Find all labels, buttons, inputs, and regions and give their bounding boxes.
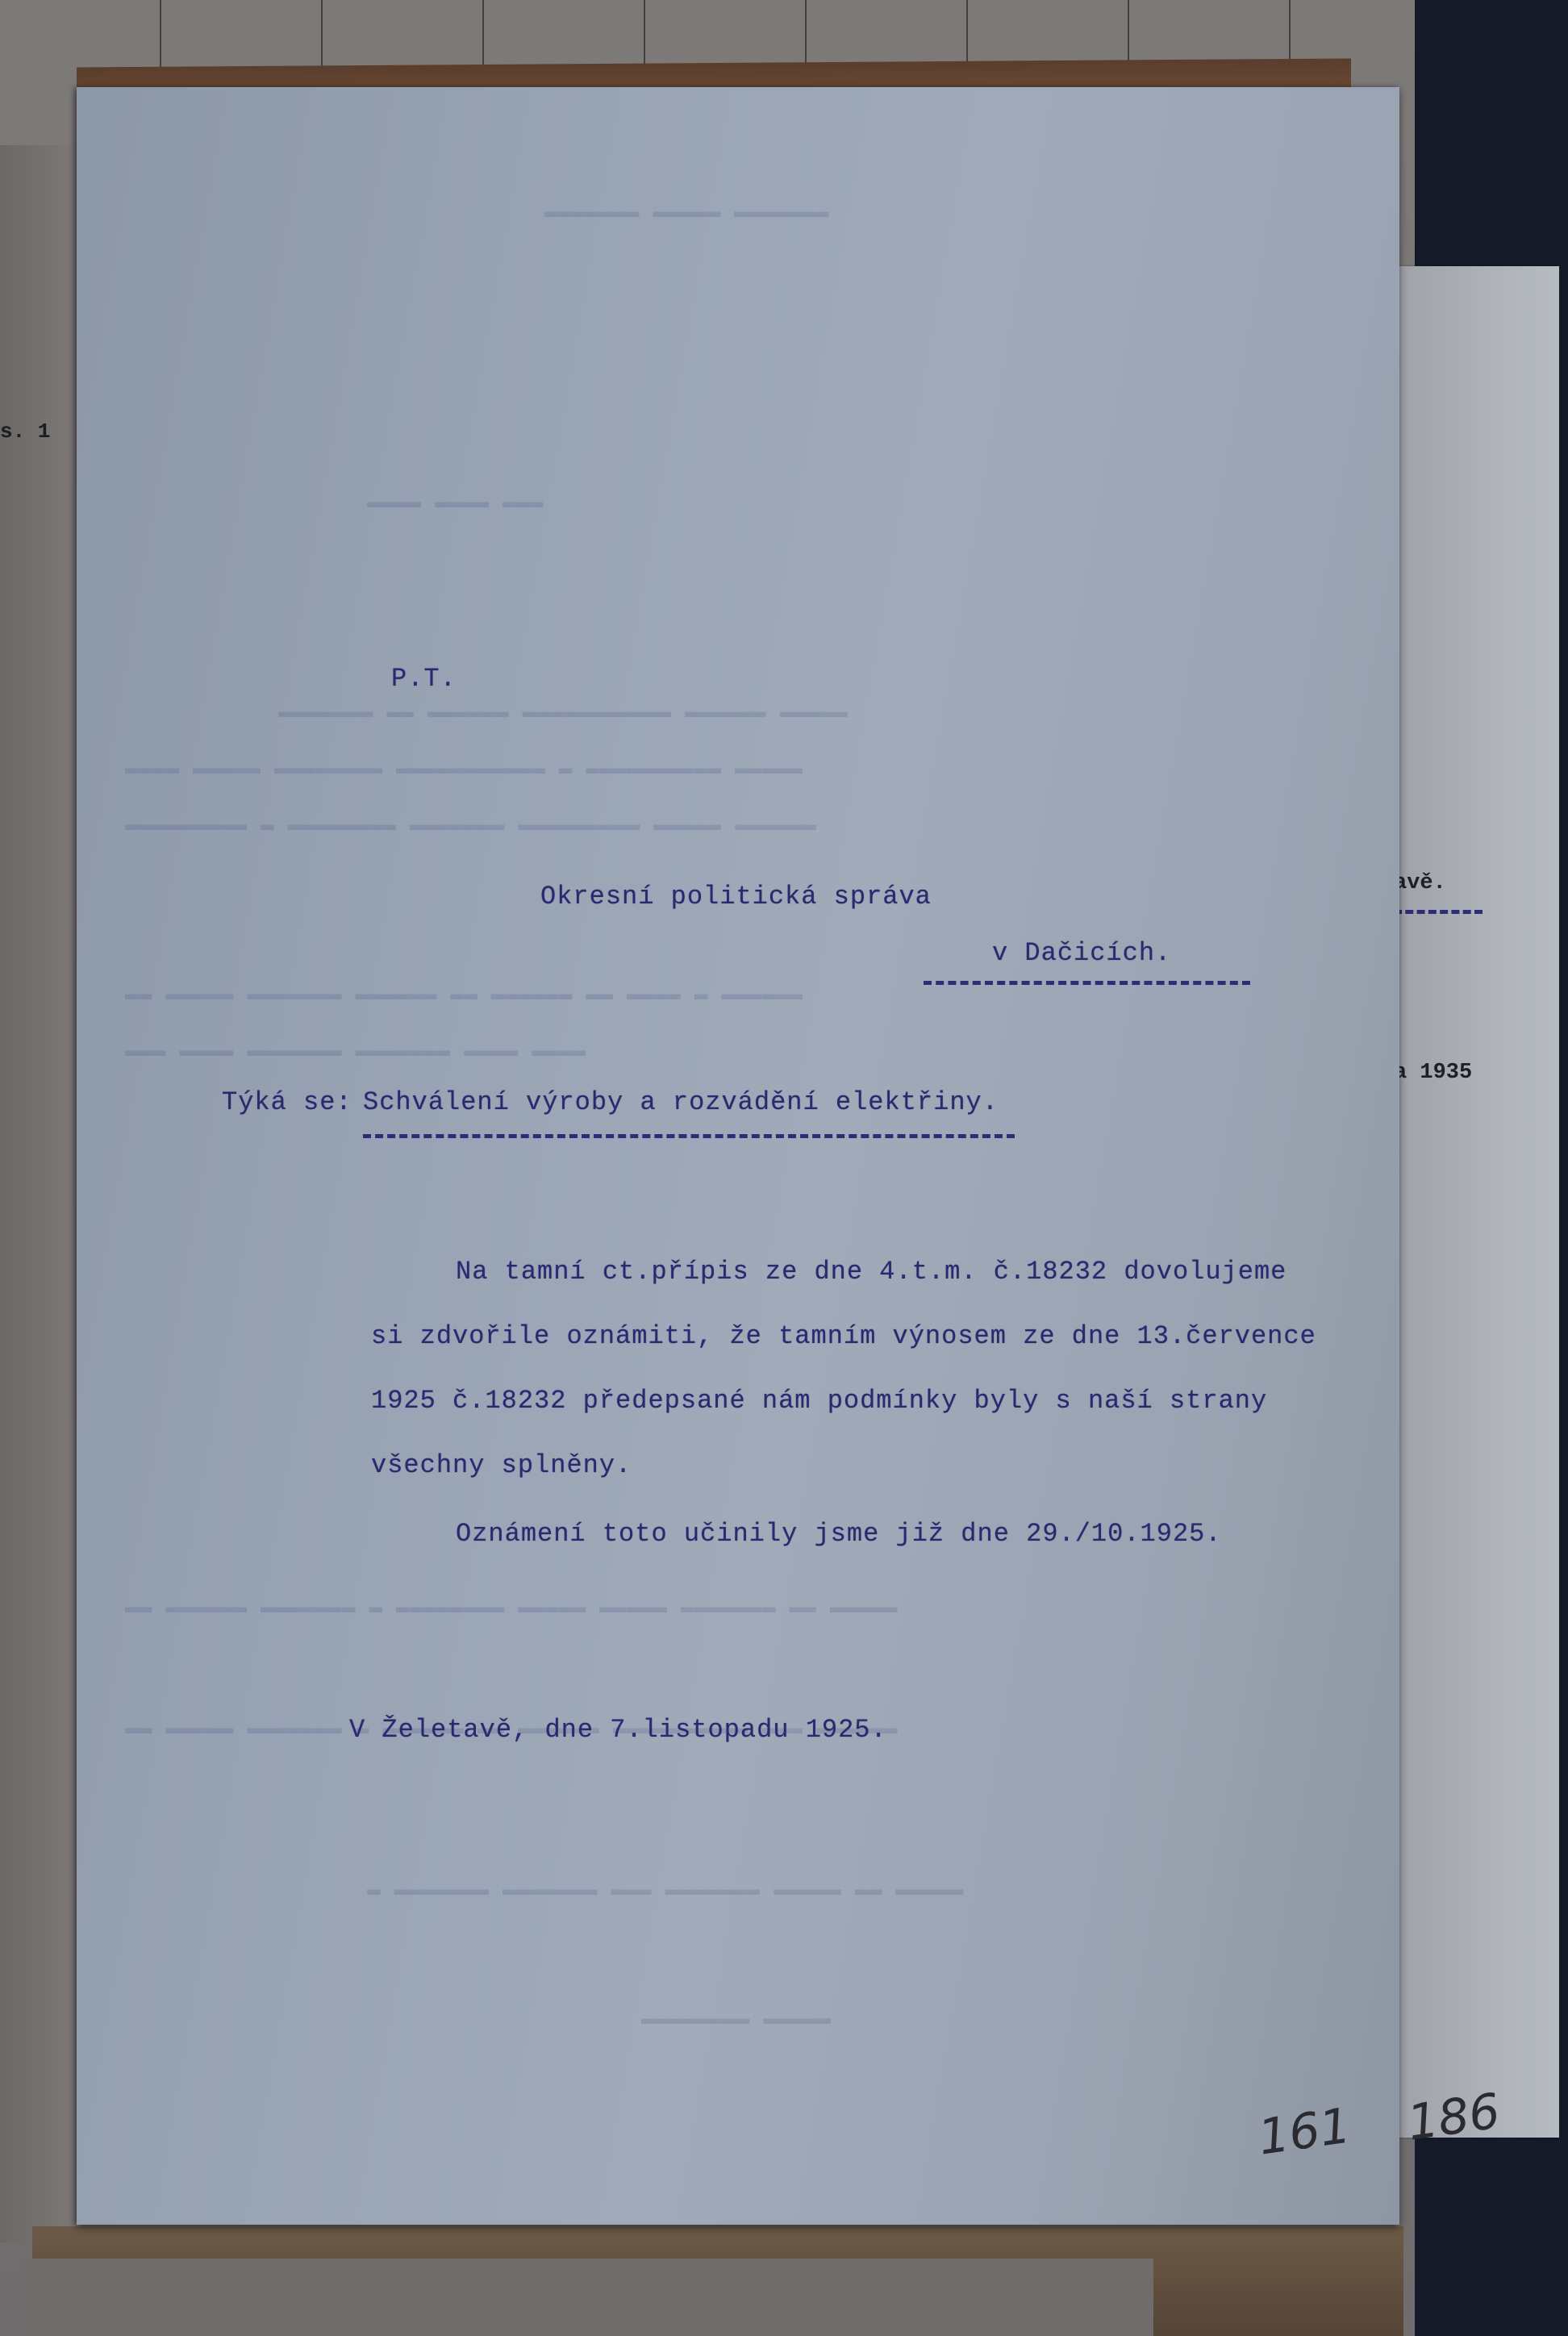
body-line-1: Na tamní ct.přípis ze dne 4.t.m. č.18232…	[456, 1257, 1287, 1287]
recipient-office: Okresní politická správa	[540, 882, 932, 911]
bleed-through-text: ▬▬▬ ▬▬▬▬ ▬▬▬▬▬▬▬ ▬▬▬▬▬▬▬ ▬▬▬▬ ▬▬▬▬	[125, 1039, 586, 1064]
body-line-2: si zdvořile oznámiti, že tamním výnosem …	[371, 1321, 1316, 1351]
right-sheet-underline	[1394, 910, 1483, 914]
bleed-through-text: ▬▬▬▬▬▬▬ ▬▬ ▬▬▬▬▬▬ ▬▬▬▬▬▬▬▬▬▬▬ ▬▬▬▬▬▬ ▬▬▬…	[278, 700, 848, 725]
right-underlying-sheet	[1394, 266, 1559, 2138]
body-line-3: 1925 č.18232 předepsané nám podmínky byl…	[371, 1386, 1267, 1416]
bleed-through-text: ▬▬ ▬▬▬▬▬ ▬▬▬▬▬▬▬ ▬▬▬▬▬▬ ▬▬ ▬▬▬▬▬▬ ▬▬ ▬▬▬…	[125, 982, 803, 1007]
bleed-through-text: ▬▬▬▬▬▬▬▬ ▬▬▬▬▬	[641, 2007, 831, 2032]
bleed-through-text: ▬▬ ▬▬▬▬▬▬ ▬▬▬▬▬▬▬ ▬ ▬▬▬▬▬▬▬▬ ▬▬▬▬▬ ▬▬▬▬▬…	[125, 1596, 898, 1621]
bleed-through-text: ▬▬▬▬▬▬▬ ▬▬▬▬▬ ▬▬▬▬▬▬▬	[544, 200, 829, 225]
right-sheet-line-1: avě.	[1394, 871, 1446, 895]
letter-page: ▬▬▬▬▬▬▬ ▬▬▬▬▬ ▬▬▬▬▬▬▬ ▬▬▬▬ ▬▬▬▬ ▬▬▬ ▬▬▬▬…	[77, 87, 1399, 2225]
left-sheet-fragment: s. 1	[0, 419, 50, 444]
location-underline	[924, 981, 1250, 985]
recipient-location: v Dačicích.	[992, 938, 1171, 968]
bleed-through-text: ▬ ▬▬▬▬▬▬▬ ▬▬▬▬▬▬▬ ▬▬▬ ▬▬▬▬▬▬▬ ▬▬▬▬▬ ▬▬ ▬…	[367, 1878, 963, 1903]
bleed-through-text: ▬▬▬▬ ▬▬▬▬ ▬▬▬	[367, 490, 543, 515]
bottom-underlying-sheet	[24, 2259, 1153, 2336]
body-paragraph-2: Oznámení toto učinily jsme již dne 29./1…	[456, 1519, 1222, 1549]
handwritten-page-number: 161	[1255, 2097, 1354, 2166]
subject-underline	[363, 1134, 1015, 1138]
bleed-through-text: ▬▬▬▬ ▬▬▬▬▬ ▬▬▬▬▬▬▬▬ ▬▬▬▬▬▬▬▬▬▬▬ ▬ ▬▬▬▬▬▬…	[125, 757, 803, 782]
body-line-4: všechny splněny.	[371, 1450, 632, 1480]
right-sheet-line-2: a 1935	[1394, 1061, 1472, 1085]
left-underlying-sheet	[0, 145, 81, 2242]
place-and-date: V Želetavě, dne 7.listopadu 1925.	[349, 1715, 887, 1745]
subject-label: Týká se:	[222, 1087, 352, 1117]
subject-text: Schválení výroby a rozvádění elektřiny.	[363, 1087, 999, 1117]
recipient-prefix: P.T.	[391, 664, 457, 694]
bleed-through-text: ▬▬▬▬▬▬▬▬▬ ▬ ▬▬▬▬▬▬▬▬ ▬▬▬▬▬▬▬ ▬▬▬▬▬▬▬▬▬ ▬…	[125, 813, 816, 838]
